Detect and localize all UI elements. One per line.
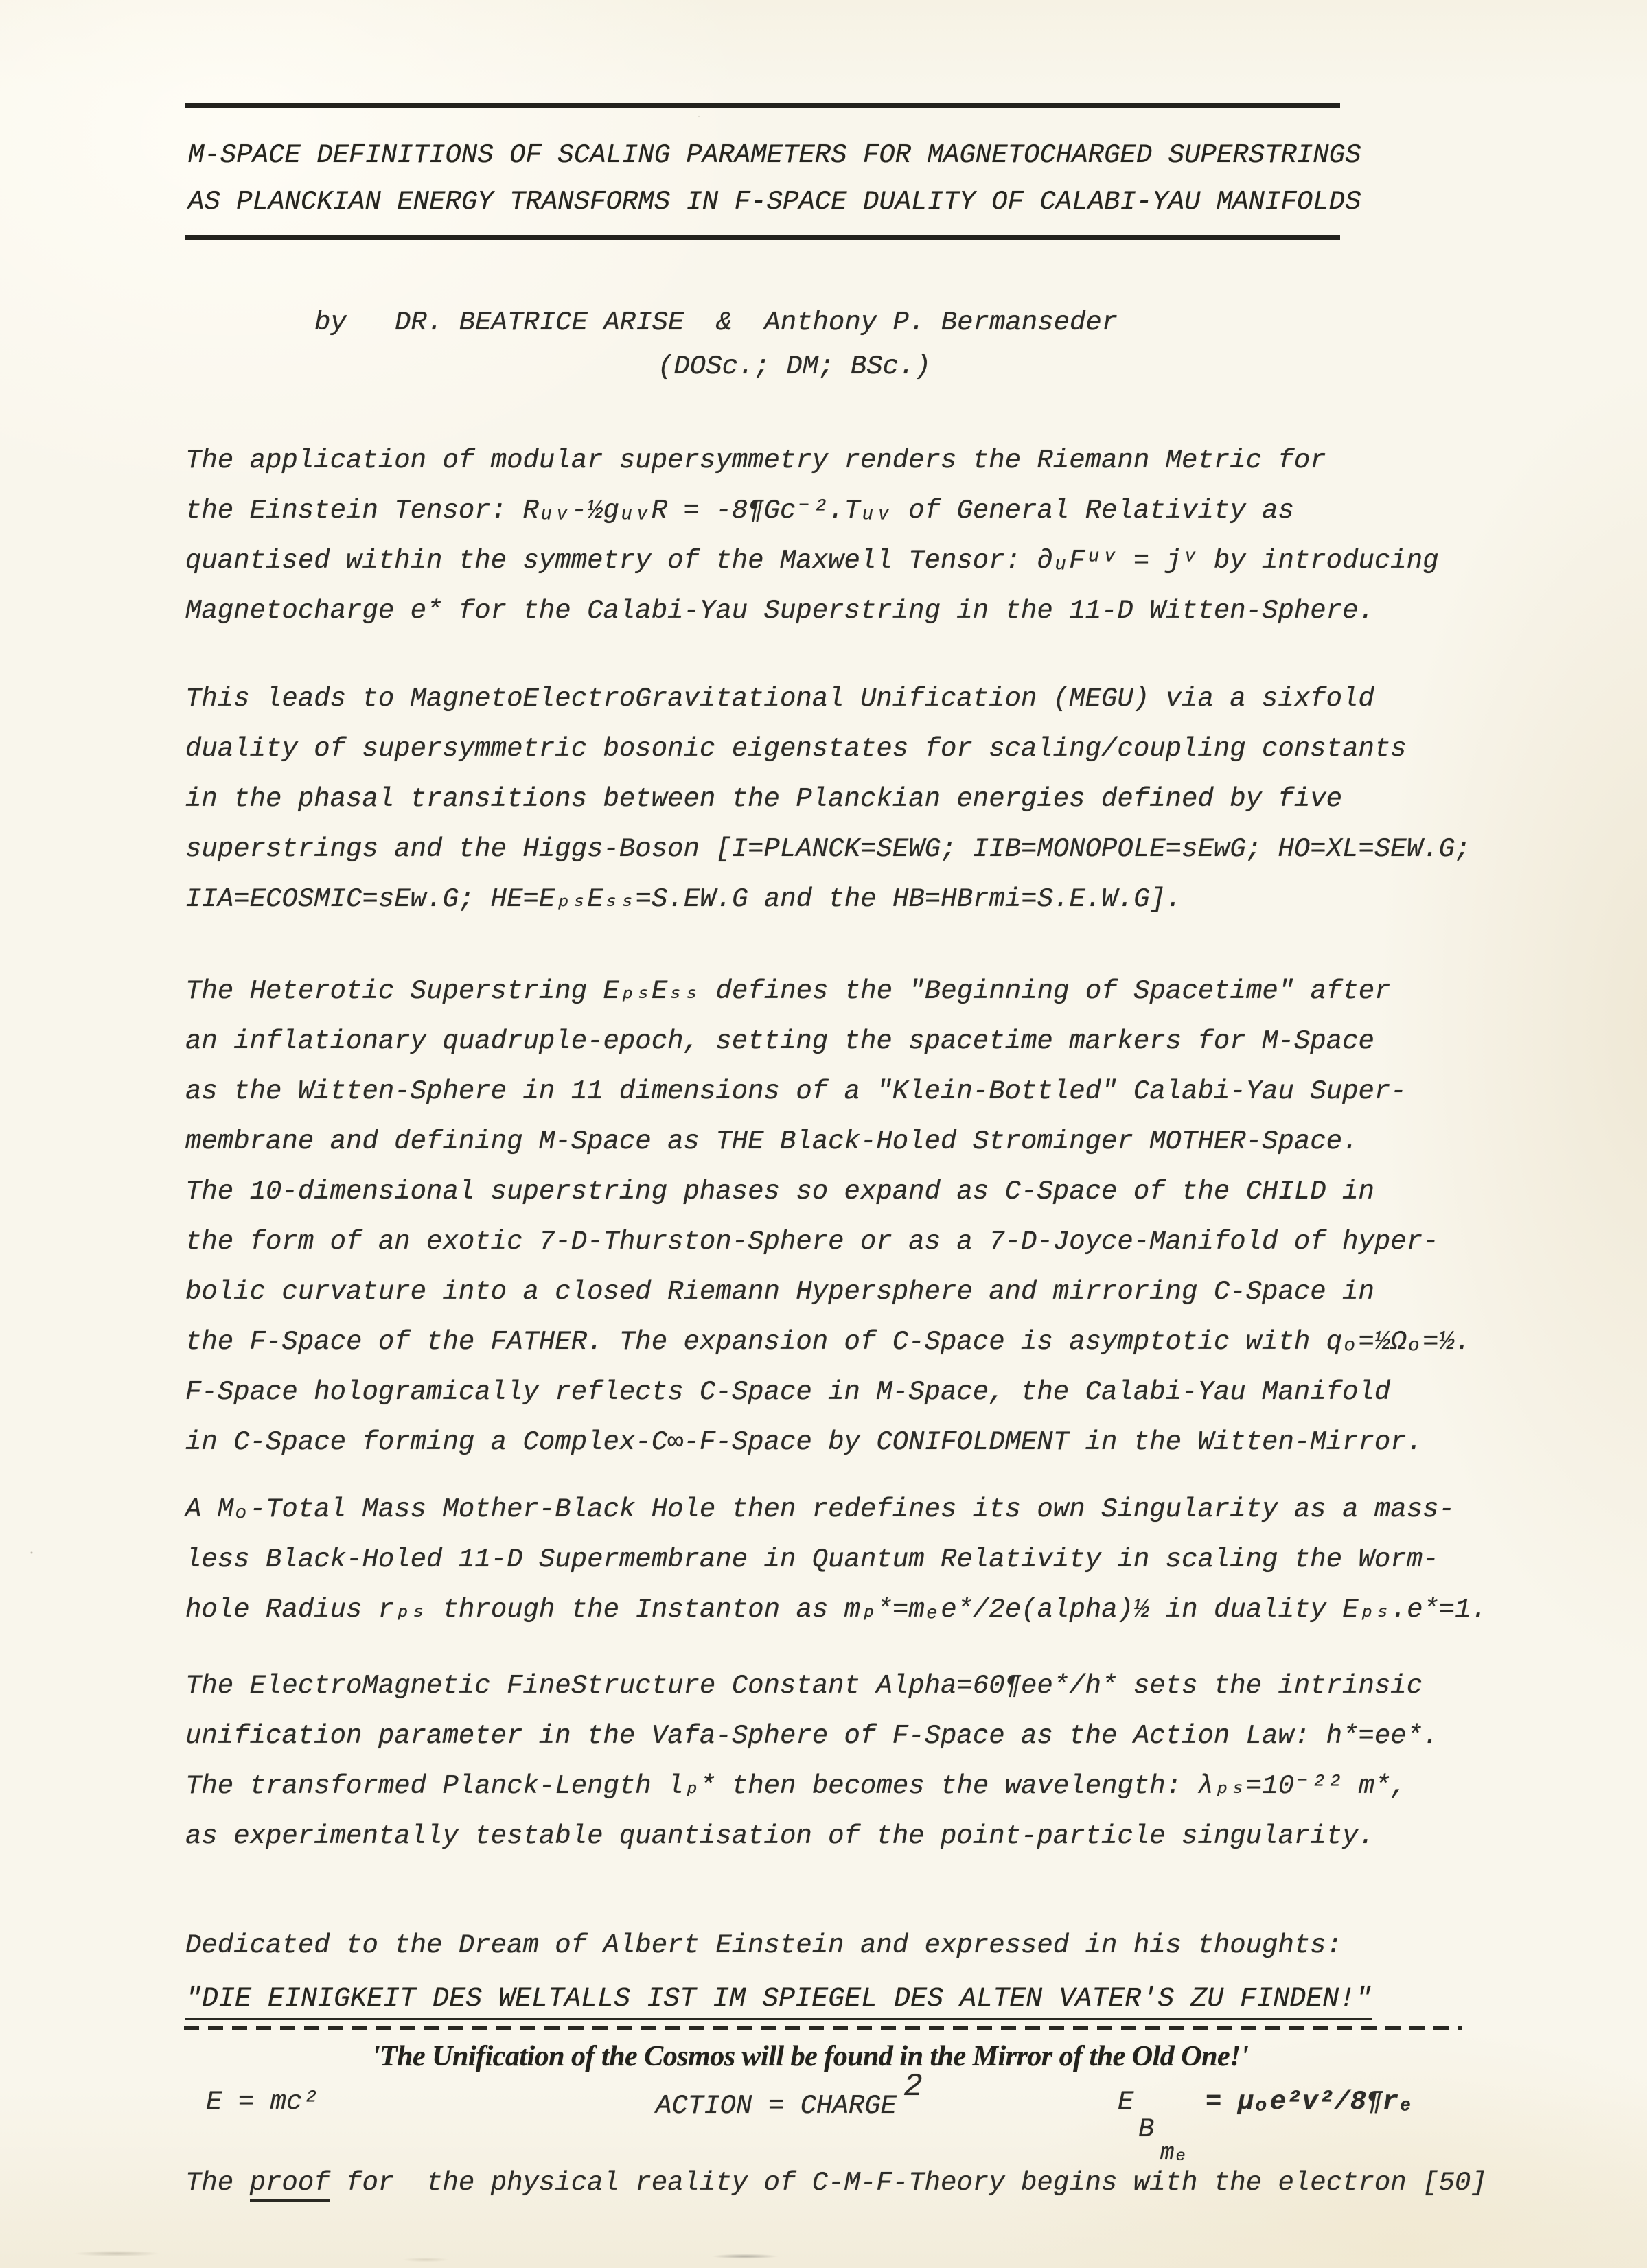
paragraph-line: unification parameter in the Vafa-Sphere… xyxy=(185,1711,1439,1761)
paragraph-line: in the phasal transitions between the Pl… xyxy=(185,774,1471,824)
paragraph-line: quantised within the symmetry of the Max… xyxy=(185,536,1439,586)
paragraph-line: Magnetocharge e* for the Calabi-Yau Supe… xyxy=(185,586,1439,636)
paragraph-line: the F-Space of the FATHER. The expansion… xyxy=(185,1317,1471,1367)
underlined-proof-word: proof xyxy=(250,2168,330,2202)
equation-e-subscript-me: mₑ xyxy=(1160,2140,1188,2166)
dashed-underline xyxy=(184,2026,1462,2030)
paragraph-line: an inflationary quadruple-epoch, setting… xyxy=(185,1017,1471,1067)
equation-electron-magnetic-energy: E B mₑ = μₒe²v²/8¶rₑ xyxy=(1118,2087,1530,2169)
equation-action-charge: ACTION = CHARGE2 xyxy=(656,2087,923,2122)
paragraph-2: This leads to MagnetoElectroGravitationa… xyxy=(185,674,1471,925)
paragraph-line: This leads to MagnetoElectroGravitationa… xyxy=(185,674,1471,724)
paragraph-1: The application of modular supersymmetry… xyxy=(185,436,1439,636)
author-credentials: (DOSc.; DM; BSc.) xyxy=(658,351,931,382)
paragraph-line: A Mₒ-Total Mass Mother-Black Hole then r… xyxy=(185,1485,1487,1535)
german-quote: "DIE EINIGKEIT DES WELTALLS IST IM SPIEG… xyxy=(185,1984,1372,2020)
paragraph-line: less Black-Holed 11-D Supermembrane in Q… xyxy=(185,1535,1487,1585)
title-line-1: M-SPACE DEFINITIONS OF SCALING PARAMETER… xyxy=(188,132,1361,178)
paragraph-line: The transformed Planck-Length lₚ* then b… xyxy=(185,1761,1439,1812)
equation-e-subscript-b: B xyxy=(1138,2114,1154,2144)
equation-mass-energy: E = mc² xyxy=(206,2087,319,2117)
paragraph-line: superstrings and the Higgs-Boson [I=PLAN… xyxy=(185,824,1471,875)
paragraph-line: hole Radius rₚₛ through the Instanton as… xyxy=(185,1585,1487,1635)
paragraph-line: membrane and defining M-Space as THE Bla… xyxy=(185,1117,1471,1167)
paragraph-line: The 10-dimensional superstring phases so… xyxy=(185,1167,1471,1217)
equation-action-charge-base: ACTION = CHARGE xyxy=(656,2091,897,2121)
paragraph-line: the Einstein Tensor: Rᵤᵥ-½gᵤᵥR = -8¶Gc⁻²… xyxy=(185,486,1439,536)
title-rule-top xyxy=(185,103,1340,108)
equation-action-charge-exponent: 2 xyxy=(903,2069,923,2105)
paragraph-line: the form of an exotic 7-D-Thurston-Spher… xyxy=(185,1217,1471,1267)
closing-line: The proof for the physical reality of C-… xyxy=(185,2168,1487,2198)
equation-e-base: E xyxy=(1118,2087,1133,2117)
dedication-line: Dedicated to the Dream of Albert Einstei… xyxy=(185,1930,1342,1960)
paragraph-line: as the Witten-Sphere in 11 dimensions of… xyxy=(185,1067,1471,1117)
title-rule-bottom xyxy=(185,235,1340,240)
paragraph-line: IIA=ECOSMIC=sEw.G; HE=EₚₛEₛₛ=S.EW.G and … xyxy=(185,875,1471,925)
paragraph-line: F-Space hologramically reflects C-Space … xyxy=(185,1367,1471,1417)
closing-line-pre: The xyxy=(185,2168,250,2198)
paragraph-line: The ElectroMagnetic FineStructure Consta… xyxy=(185,1661,1439,1711)
title-line-2: AS PLANCKIAN ENERGY TRANSFORMS IN F-SPAC… xyxy=(188,178,1361,225)
paragraph-line: in C-Space forming a Complex-C∞-F-Space … xyxy=(185,1417,1471,1468)
paragraph-line: bolic curvature into a closed Riemann Hy… xyxy=(185,1267,1471,1317)
paragraph-5: The ElectroMagnetic FineStructure Consta… xyxy=(185,1661,1439,1862)
paragraph-3: The Heterotic Superstring EₚₛEₛₛ defines… xyxy=(185,967,1471,1468)
paragraph-line: as experimentally testable quantisation … xyxy=(185,1812,1439,1862)
scanned-typewritten-page: M-SPACE DEFINITIONS OF SCALING PARAMETER… xyxy=(0,0,1647,2268)
paragraph-line: The application of modular supersymmetry… xyxy=(185,436,1439,486)
equation-e-right-hand-side: = μₒe²v²/8¶rₑ xyxy=(1206,2087,1414,2117)
paragraph-line: duality of supersymmetric bosonic eigens… xyxy=(185,724,1471,774)
paragraph-4: A Mₒ-Total Mass Mother-Black Hole then r… xyxy=(185,1485,1487,1635)
byline: by DR. BEATRICE ARISE & Anthony P. Berma… xyxy=(314,308,1118,338)
closing-line-post: for the physical reality of C-M-F-Theory… xyxy=(330,2168,1487,2198)
german-quote-text: "DIE EINIGKEIT DES WELTALLS IST IM SPIEG… xyxy=(185,1984,1372,2020)
paragraph-line: The Heterotic Superstring EₚₛEₛₛ defines… xyxy=(185,967,1471,1017)
document-title: M-SPACE DEFINITIONS OF SCALING PARAMETER… xyxy=(188,132,1361,225)
quote-translation: 'The Unification of the Cosmos will be f… xyxy=(233,2040,1387,2073)
